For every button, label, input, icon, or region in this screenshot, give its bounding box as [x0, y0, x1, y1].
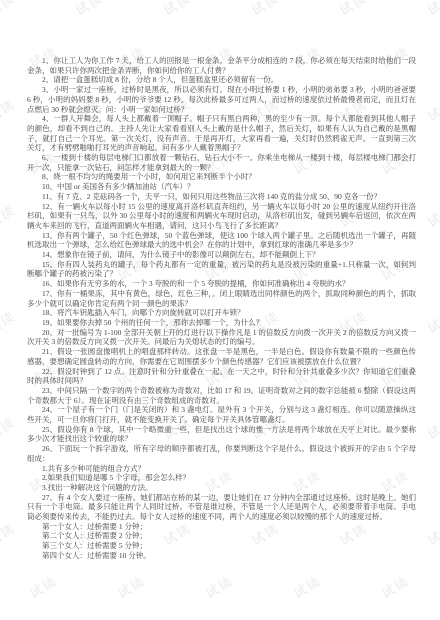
question-paragraph: 1、你让工人为你工作 7 天，给工人的回报是一根金条。金条平分成相连的 7 段，…	[27, 56, 416, 75]
question-paragraph: 2.如果我们知道是哪 5 个字母，那会怎么样？	[27, 473, 416, 483]
question-paragraph: 8、烧一根不均匀的绳要用一个小时，如何用它来判断半个小时？	[27, 172, 416, 182]
watermark-stamp: 试读	[201, 571, 236, 602]
question-paragraph: 3、小明一家过一座桥，过桥时是黑夜，所以必须有灯。现在小明过桥要 1 秒，小明的…	[27, 85, 416, 114]
question-paragraph: 第四个女人：过桥需要 10 分钟。	[27, 551, 416, 561]
watermark-stamp: 试读	[0, 306, 19, 337]
question-paragraph: 19、如果要你去掉 50 个州的任何一个，那你去掉哪一个，为什么？	[27, 318, 416, 328]
watermark-stamp: 试读	[423, 200, 440, 231]
question-paragraph: 21、假设一张圆盘像唱机上的唱盘那样转动。这张盘一半是黑色，一半是白色。假设你有…	[27, 347, 416, 366]
question-paragraph: 17、你有一桶果冻，其中有黄色，绿色，红色三种，。闭上眼睛选出同样颜色的两个，抓…	[27, 289, 416, 308]
question-paragraph: 15、你有四人装药丸的罐子，每个药丸都有一定的重量，被污染的药丸是没被污染的重量…	[27, 260, 416, 279]
watermark-stamp: 试读	[25, 571, 60, 602]
question-paragraph: 第三个女人：过桥需要 5 分钟；	[27, 541, 416, 551]
question-paragraph: 6、一楼到十楼的每层电梯门口都放着一颗钻石，钻石大小不一。你乘坐电梯从一楼到十楼…	[27, 153, 416, 172]
watermark-stamp: 试读	[377, 571, 412, 602]
watermark-stamp: 试读	[0, 412, 19, 443]
question-paragraph: 10、中国 or 美国各有多少辆加油站（汽车）？	[27, 182, 416, 192]
question-paragraph: 16、如果你有无穷多的水，一个 3 夸脱的和一个 5 夸脱的提桶，你如何准确称出…	[27, 279, 416, 289]
question-paragraph: 13、你有两个罐子，50 个红色弹球，50 个蓝色弹球，使这 100 个球入两个…	[27, 231, 416, 250]
watermark-stamp: 试读	[71, 0, 106, 19]
watermark-stamp: 试读	[335, 0, 370, 19]
question-paragraph: 20、对一批编号为 1-100 全部开关朝上开的灯进行以下操作凡是 1 的倍数反…	[27, 328, 416, 347]
question-paragraph: 24、一个屋子有一个门（门是关闭的）和 3 盏电灯。屋外有 3 个开关，分别与这…	[27, 405, 416, 424]
watermark-stamp: 试读	[159, 0, 194, 19]
question-paragraph: 14、想象你在镜子前，请问，为什么镜子中的影像可以颠倒左右，却不能颠倒上下？	[27, 250, 416, 260]
question-paragraph: 第二个女人：过桥需要 2 分钟；	[27, 531, 416, 541]
watermark-stamp: 试读	[423, 0, 440, 19]
document-page: 试读试读试读试读试读试读试读试读试读试读试读试读试读试读试读试读试读试读试读试读…	[0, 0, 440, 620]
watermark-stamp: 试读	[0, 94, 19, 125]
question-paragraph: 22、假设时钟到了 12 点。注意时针和分针重叠在一起。在一天之中，时针和分针共…	[27, 367, 416, 386]
question-paragraph: 25、假设你有 8 个球，其中一个略微重一些，但是找出这个球的惟一方法是将两个球…	[27, 425, 416, 444]
watermark-stamp: 试读	[289, 571, 324, 602]
question-paragraph: 第一个女人：过桥需要 1 分钟；	[27, 522, 416, 532]
watermark-stamp: 试读	[0, 0, 19, 19]
question-paragraph: 1.共有多少种可能的组合方式？	[27, 464, 416, 474]
watermark-stamp: 试读	[423, 412, 440, 443]
question-paragraph: 11、有 7 克、2 克砝码各一个，天平一只，如何只用这些物品三次将 140 克…	[27, 192, 416, 202]
watermark-stamp: 试读	[0, 518, 19, 549]
watermark-stamp: 试读	[423, 306, 440, 337]
watermark-stamp: 试读	[423, 518, 440, 549]
question-paragraph: 3.找出一种解决这个问题的方法。	[27, 483, 416, 493]
question-paragraph: 18、将汽车钥匙插入车门，向哪个方向旋转就可以打开车锁？	[27, 308, 416, 318]
question-paragraph: 26、下面玩一个拆字游戏，所有字母的顺序都被打乱，你要判断这个字是什么。假设这个…	[27, 444, 416, 463]
question-paragraph: 12、有一辆火车以每小时 15 公里的速度离开洛杉矶直奔纽约，另一辆火车以每小时…	[27, 202, 416, 231]
question-paragraph: 2、请把一盒蛋糕切成 8 份，分给 8 个人，但蛋糕盒里还必须留有一份。	[27, 75, 416, 85]
watermark-stamp: 试读	[423, 94, 440, 125]
question-paragraph: 4、一群人开舞会，每人头上都戴着一顶帽子。帽子只有黑白两种，黑的至少有一顶。每个…	[27, 114, 416, 153]
question-paragraph: 27、有 4 个女人要过一座桥。她们都站在桥的某一边，要让她们在 17 分钟内全…	[27, 493, 416, 522]
question-list: 1、你让工人为你工作 7 天，给工人的回报是一根金条。金条平分成相连的 7 段，…	[27, 56, 416, 561]
watermark-stamp: 试读	[113, 571, 148, 602]
question-paragraph: 23、中间只隔一个数字的两个奇数被称为奇数对，比如 17 和 19。证明奇数对之…	[27, 386, 416, 405]
watermark-stamp: 试读	[247, 0, 282, 19]
watermark-stamp: 试读	[0, 200, 19, 231]
